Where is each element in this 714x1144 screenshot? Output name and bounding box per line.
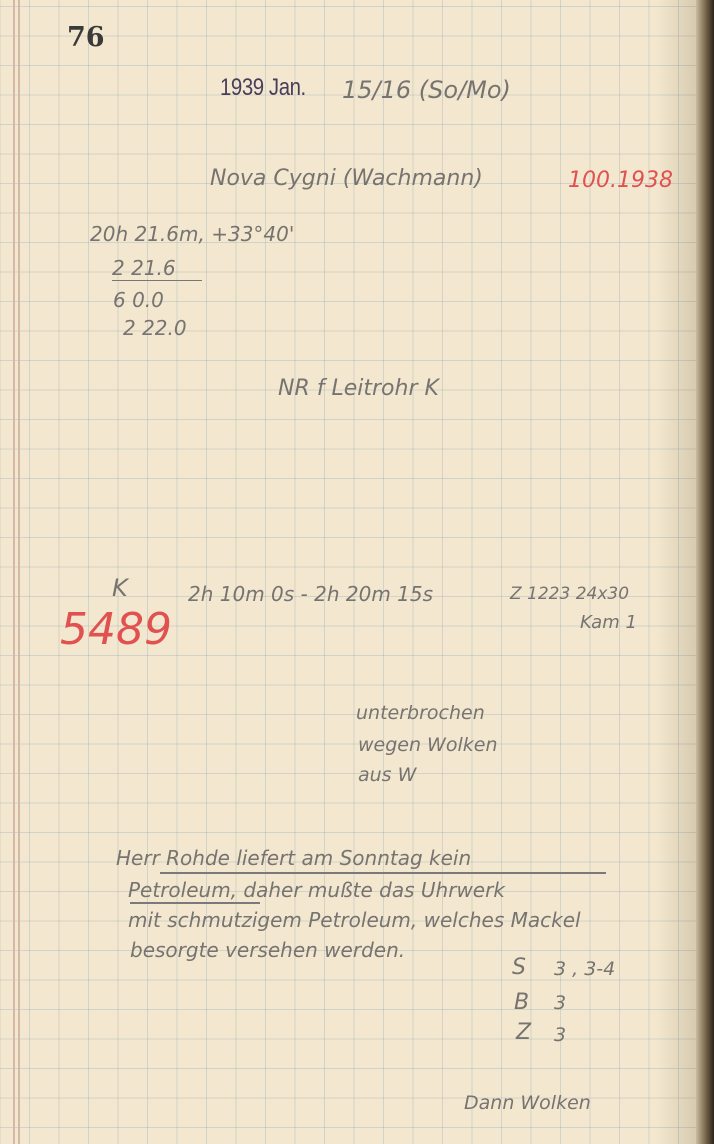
- book-spine-edge: [696, 0, 714, 1144]
- object-name: Nova Cygni (Wachmann): [210, 166, 483, 191]
- coord-line-2: 2 21.6: [112, 256, 202, 281]
- petroleum-underline: [130, 902, 260, 904]
- catalog-number-red: 100.1938: [568, 168, 673, 193]
- interruption-line-3: aus W: [358, 764, 416, 786]
- date-stamp: 1939 Jan.: [220, 74, 306, 102]
- remark-line-4: besorgte versehen werden.: [130, 938, 405, 962]
- exposure-time-range: 2h 10m 0s - 2h 20m 15s: [188, 582, 433, 606]
- remark-line-1: Herr Rohde liefert am Sonntag kein: [116, 846, 471, 870]
- page-number: 76: [67, 22, 105, 53]
- notebook-page: 76 1939 Jan. 15/16 (So/Mo) Nova Cygni (W…: [0, 0, 714, 1144]
- observation-label: K: [112, 574, 128, 602]
- remark-underline: [160, 872, 606, 874]
- seeing-symbol-2: B: [514, 990, 529, 1015]
- coord-line-3: 6 0.0: [113, 288, 164, 312]
- interruption-line-2: wegen Wolken: [358, 734, 498, 756]
- seeing-symbol-3: Z: [516, 1020, 531, 1045]
- plate-number-red: 5489: [60, 604, 172, 655]
- margin-line-inner: [18, 0, 20, 1144]
- note-leitrohr: NR f Leitrohr K: [278, 376, 439, 401]
- camera-label: Kam 1: [580, 612, 637, 633]
- remark-line-3: mit schmutzigem Petroleum, welches Macke…: [128, 908, 581, 932]
- seeing-value-1: 3 , 3-4: [554, 958, 615, 980]
- seeing-value-2: 3: [554, 992, 566, 1014]
- coord-line-4: 2 22.0: [123, 316, 187, 340]
- footer-note: Dann Wolken: [464, 1092, 591, 1114]
- interruption-line-1: unterbrochen: [356, 702, 485, 724]
- seeing-symbol-1: S: [512, 955, 526, 980]
- margin-line-outer: [13, 0, 15, 1144]
- date-handwritten: 15/16 (So/Mo): [342, 76, 511, 104]
- coord-line-1: 20h 21.6m, +33°40': [90, 222, 294, 246]
- remark-line-2: Petroleum, daher mußte das Uhrwerk: [128, 878, 505, 902]
- z-values: Z 1223 24x30: [510, 584, 629, 604]
- seeing-value-3: 3: [554, 1024, 566, 1046]
